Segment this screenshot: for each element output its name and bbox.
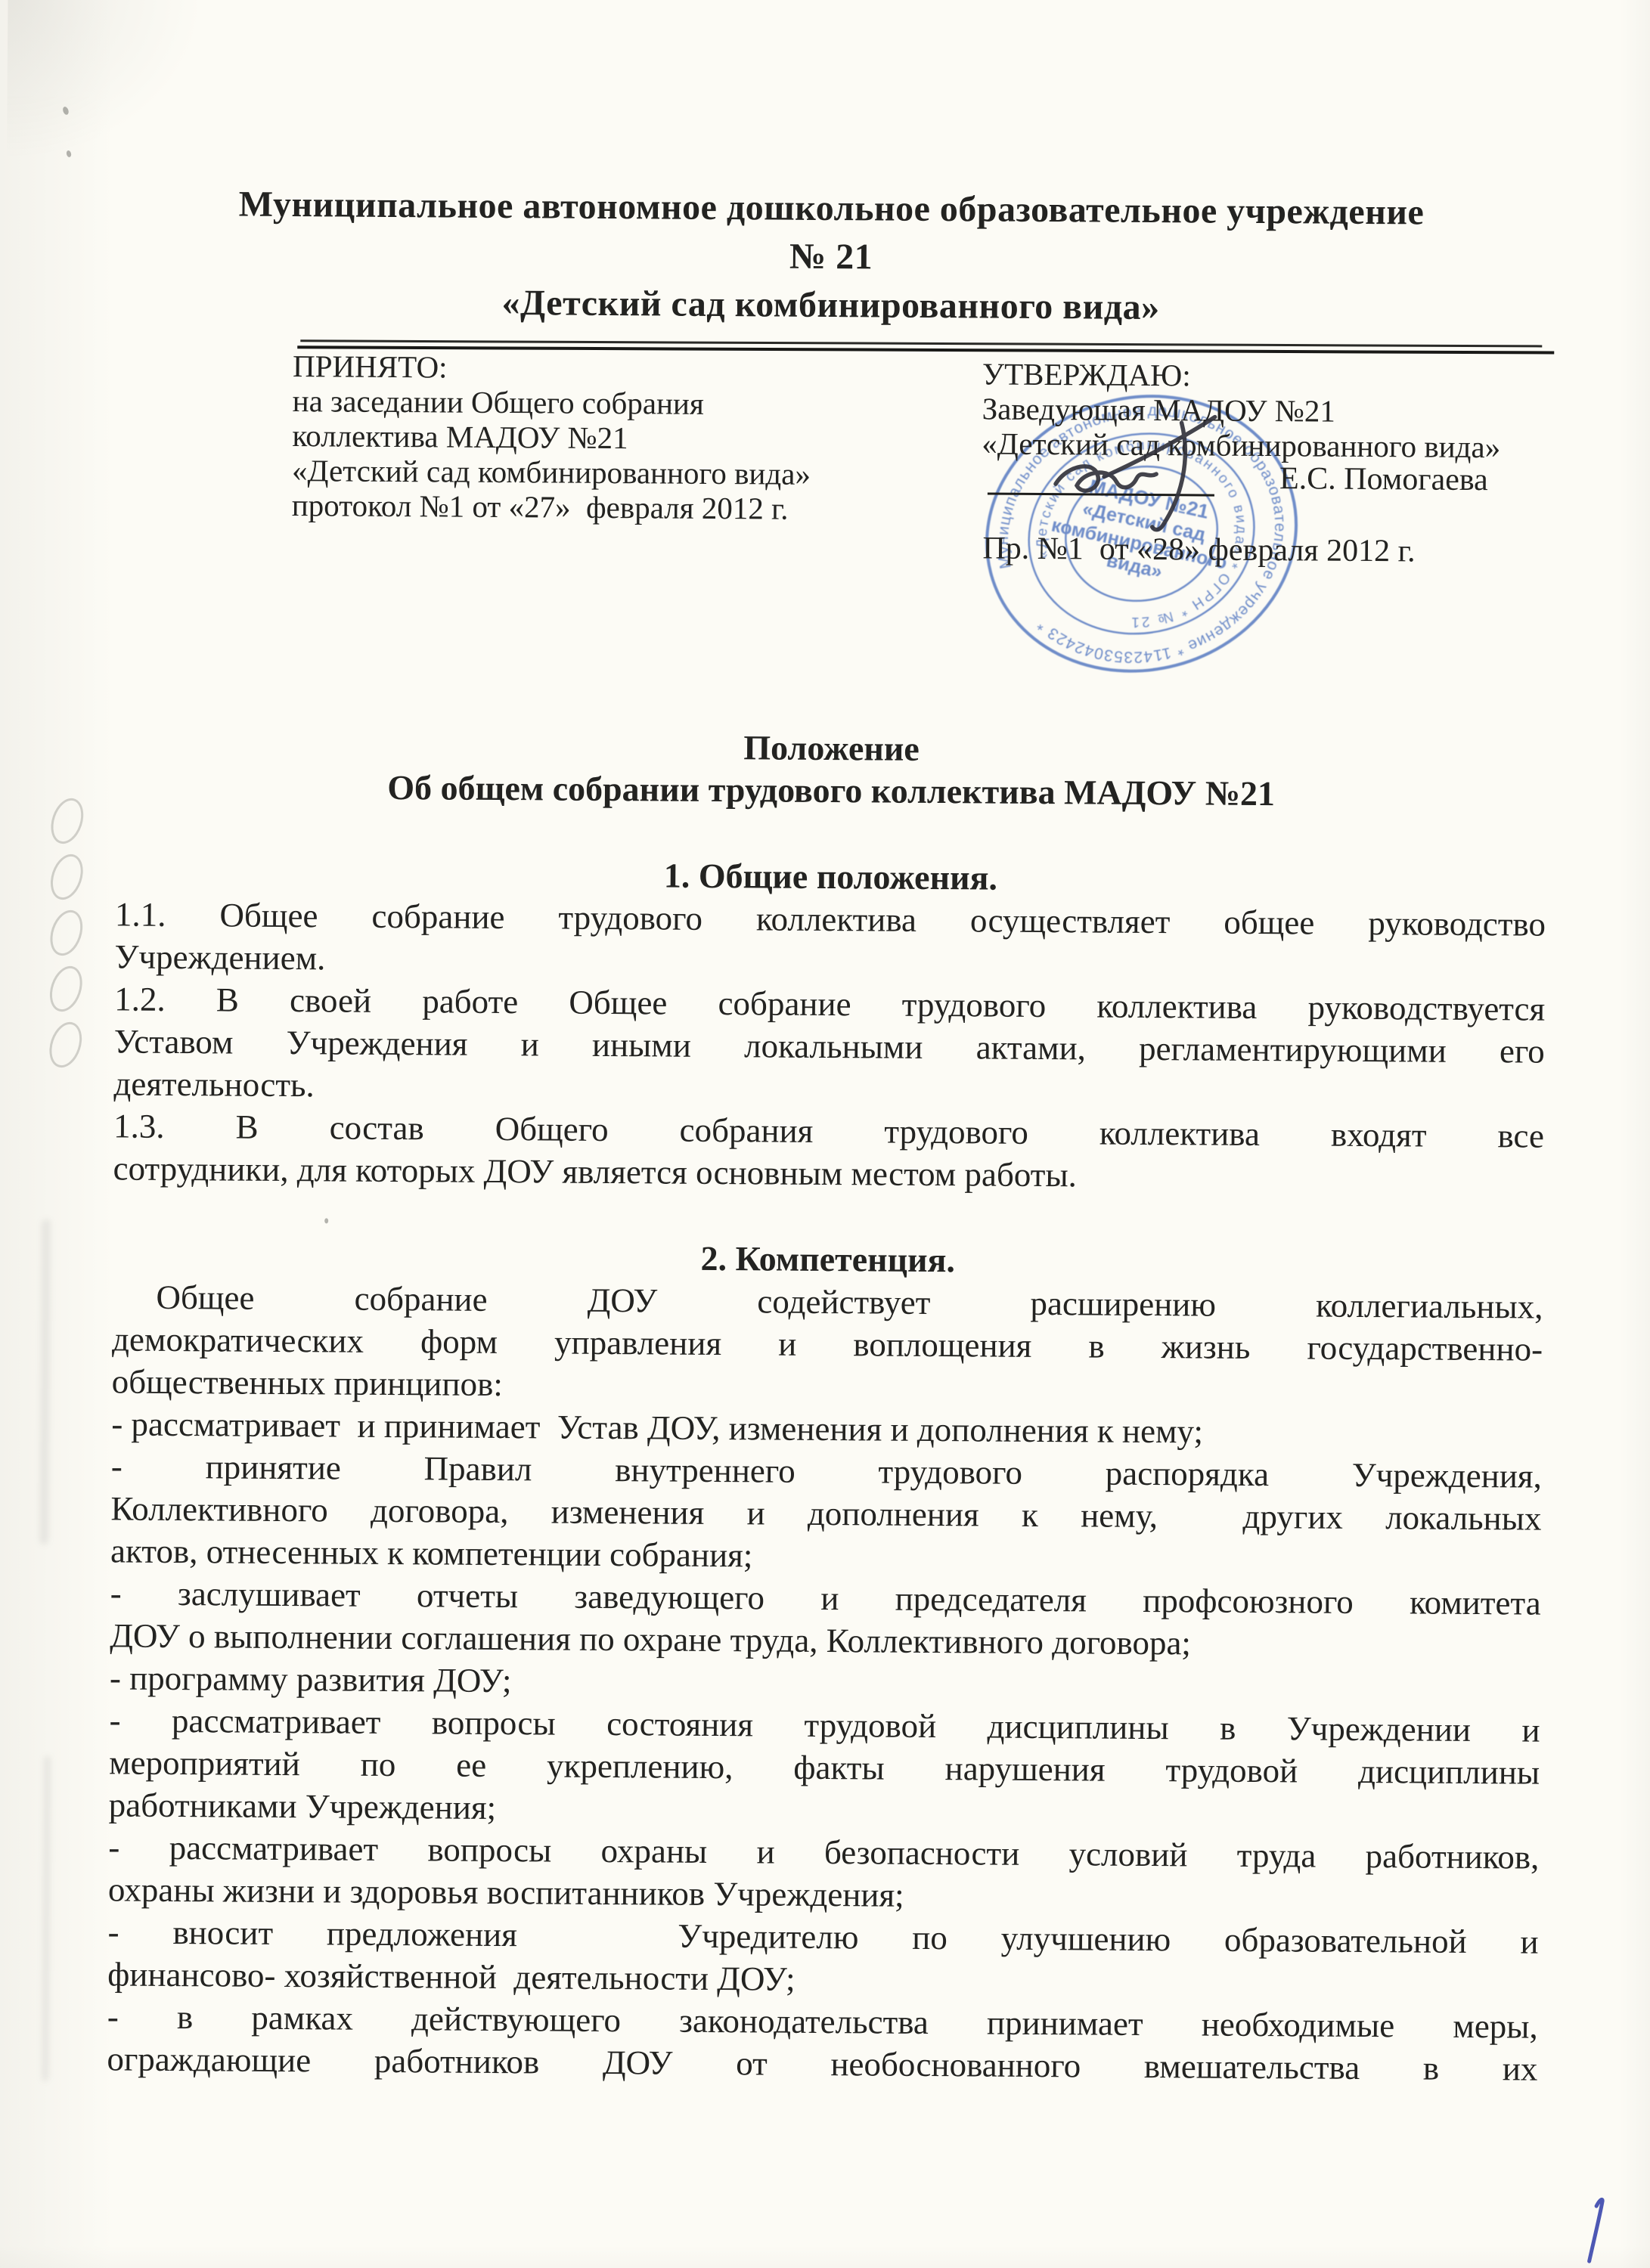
scan-smudge xyxy=(42,1756,51,2081)
accepted-block: ПРИНЯТО:на заседании Общего собранияколл… xyxy=(292,349,811,526)
page-number-handwritten xyxy=(1579,2193,1613,2268)
document-body: ПоложениеОб общем собрании трудового кол… xyxy=(107,722,1546,2090)
binding-mark xyxy=(44,1018,88,1071)
scan-speck xyxy=(66,150,72,157)
handwritten-signature xyxy=(1030,410,1235,540)
approved-block-line: УТВЕРЖДАЮ: xyxy=(982,356,1501,395)
scan-speck xyxy=(62,106,70,116)
scan-smudge xyxy=(39,1219,51,1545)
body-line: ограждающие работников ДОУ от необоснова… xyxy=(107,2037,1537,2090)
signer-name: Е.С. Помогаева xyxy=(1279,461,1488,497)
scan-shadow-top-left xyxy=(7,0,205,162)
binding-mark xyxy=(45,906,88,959)
accepted-block-line: на заседании Общего собрания xyxy=(293,383,811,422)
accepted-block-line: коллектива МАДОУ №21 xyxy=(292,418,811,457)
binding-mark xyxy=(45,794,89,847)
binding-mark xyxy=(45,962,88,1015)
scanned-document-page: Муниципальное автономное дошкольное обра… xyxy=(0,0,1650,2268)
signature-stroke xyxy=(1104,417,1215,478)
accepted-block-line: «Детский сад комбинированного вида» xyxy=(292,453,811,491)
binding-mark xyxy=(45,850,89,903)
accepted-block-line: протокол №1 от «27» февраля 2012 г. xyxy=(292,488,811,526)
page-number-stroke xyxy=(1590,2199,1603,2261)
heading-line: Об общем собрании трудового коллектива М… xyxy=(116,764,1546,816)
document-header: Муниципальное автономное дошкольное обра… xyxy=(5,178,1650,335)
signature-stroke xyxy=(1056,466,1156,491)
accepted-block-line: ПРИНЯТО: xyxy=(293,349,811,387)
